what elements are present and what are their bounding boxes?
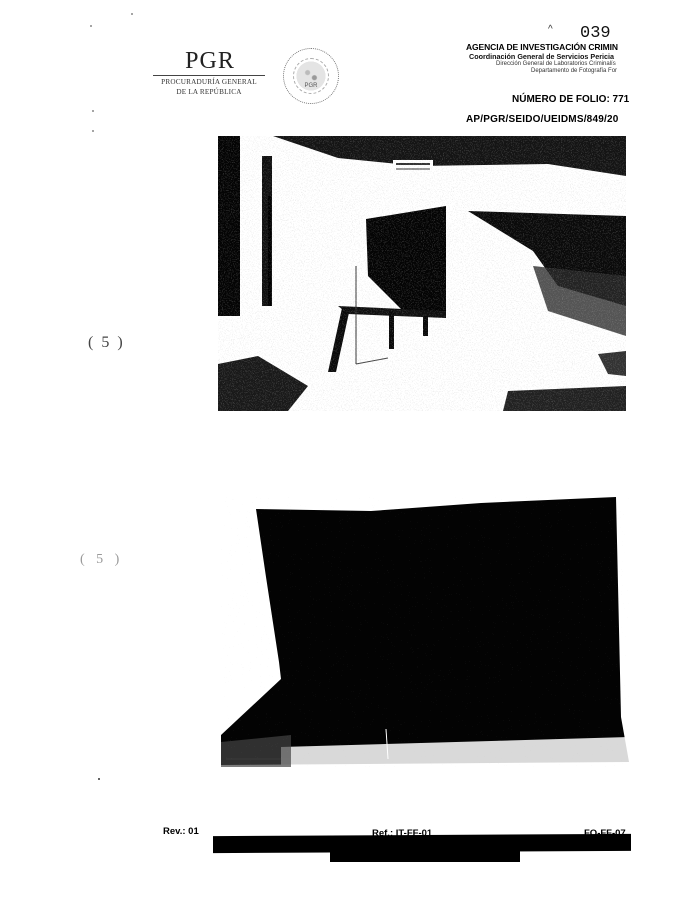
chair-closeup-graphic xyxy=(221,497,629,767)
evidence-photo-2 xyxy=(221,497,629,767)
evidence-photo-1 xyxy=(218,136,626,411)
scan-speck xyxy=(131,13,133,15)
redaction-bar-lower xyxy=(330,848,520,862)
logo-line-2: DE LA REPÚBLICA xyxy=(150,88,268,96)
chair-photo-graphic xyxy=(218,136,626,411)
case-number: AP/PGR/SEIDO/UEIDMS/849/20 xyxy=(466,114,618,125)
stamp-number: 039 xyxy=(580,24,611,43)
logo-divider xyxy=(153,75,265,76)
logo-line-1: PROCURADURÍA GENERAL xyxy=(150,78,268,86)
agency-name: AGENCIA DE INVESTIGACIÓN CRIMIN xyxy=(466,42,618,52)
seal-text: PGR xyxy=(284,83,338,89)
revision-label: Rev.: 01 xyxy=(163,826,199,837)
folio-number: NÚMERO DE FOLIO: 771 xyxy=(512,94,629,105)
coat-of-arms-seal-icon: PGR xyxy=(283,48,339,104)
department-name: Departamento de Fotografía For xyxy=(531,68,617,74)
margin-handwritten-note-2: ( 5 ) xyxy=(80,552,123,568)
scan-speck xyxy=(98,778,100,780)
margin-handwritten-note-1: ( 5 ) xyxy=(88,334,125,352)
scan-speck xyxy=(90,25,92,27)
direction-name: Dirección General de Laboratorios Crimin… xyxy=(496,61,616,67)
coordination-name: Coordinación General de Servicios Perici… xyxy=(469,52,614,61)
caret-mark: ^ xyxy=(548,24,553,35)
pgr-logo-acronym: PGR xyxy=(155,48,265,75)
scan-speck xyxy=(92,130,94,132)
scan-speck xyxy=(92,110,94,112)
